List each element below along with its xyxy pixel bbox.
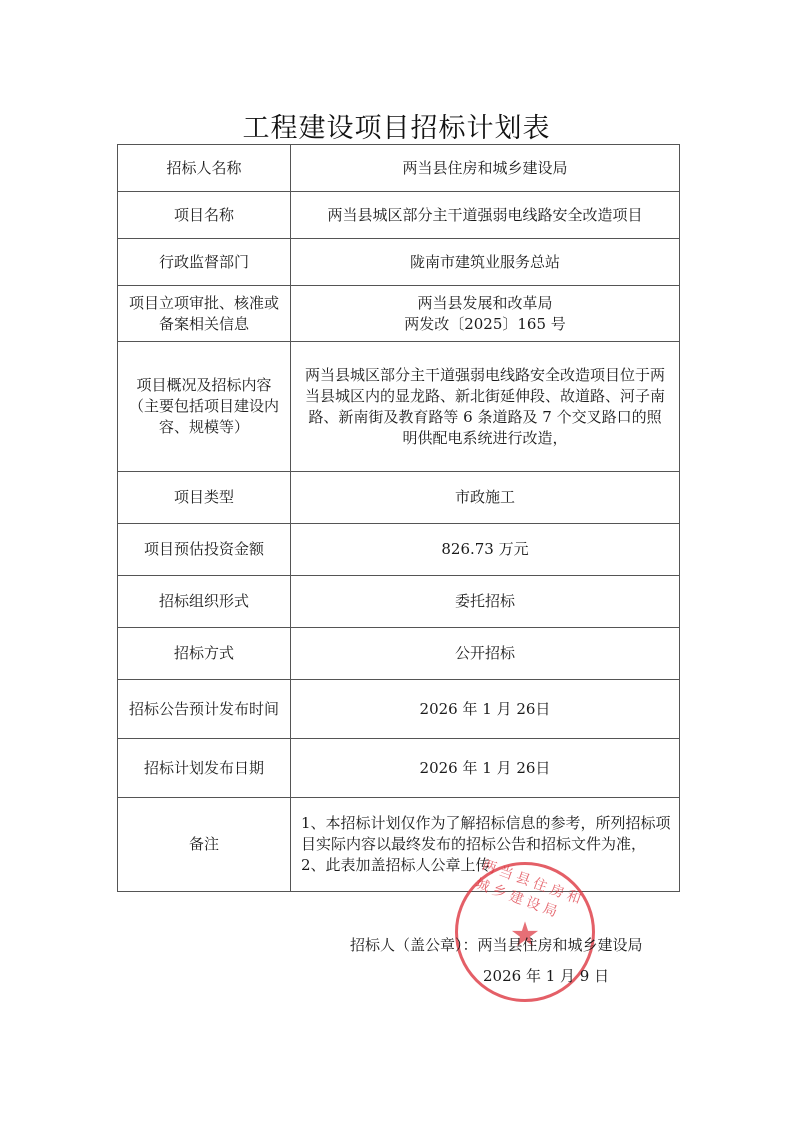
row-value: 陇南市建筑业服务总站 bbox=[291, 239, 680, 286]
row-label: 招标公告预计发布时间 bbox=[118, 680, 291, 739]
table-row: 招标组织形式 委托招标 bbox=[118, 576, 680, 628]
table-row: 项目立项审批、核准或备案相关信息 两当县发展和改革局 两发改〔2025〕165 … bbox=[118, 286, 680, 342]
row-label: 项目名称 bbox=[118, 192, 291, 239]
row-label: 项目立项审批、核准或备案相关信息 bbox=[118, 286, 291, 342]
table-row: 项目概况及招标内容（主要包括项目建设内容、规模等） 两当县城区部分主干道强弱电线… bbox=[118, 342, 680, 472]
row-value: 两当县城区部分主干道强弱电线路安全改造项目位于两当县城区内的显龙路、新北街延伸段… bbox=[291, 342, 680, 472]
remark-line: 1、本招标计划仅作为了解招标信息的参考，所列招标项目实际内容以最终发布的招标公告… bbox=[301, 813, 673, 855]
table-row: 项目类型 市政施工 bbox=[118, 472, 680, 524]
table-row: 项目名称 两当县城区部分主干道强弱电线路安全改造项目 bbox=[118, 192, 680, 239]
table-row: 招标公告预计发布时间 2026 年 1 月 26日 bbox=[118, 680, 680, 739]
row-label: 行政监督部门 bbox=[118, 239, 291, 286]
document-title: 工程建设项目招标计划表 bbox=[0, 106, 793, 145]
row-label: 招标组织形式 bbox=[118, 576, 291, 628]
value-line: 两当县发展和改革局 bbox=[297, 293, 673, 314]
row-label: 招标计划发布日期 bbox=[118, 739, 291, 798]
row-value: 两当县城区部分主干道强弱电线路安全改造项目 bbox=[291, 192, 680, 239]
table-row: 招标计划发布日期 2026 年 1 月 26日 bbox=[118, 739, 680, 798]
value-line: 两发改〔2025〕165 号 bbox=[297, 314, 673, 335]
row-value: 两当县发展和改革局 两发改〔2025〕165 号 bbox=[291, 286, 680, 342]
row-value: 公开招标 bbox=[291, 628, 680, 680]
row-value: 市政施工 bbox=[291, 472, 680, 524]
signature-line: 招标人（盖公章）：两当县住房和城乡建设局 bbox=[350, 934, 643, 955]
row-value: 2026 年 1 月 26日 bbox=[291, 680, 680, 739]
row-label: 备注 bbox=[118, 798, 291, 892]
row-value: 826.73 万元 bbox=[291, 524, 680, 576]
table-row: 项目预估投资金额 826.73 万元 bbox=[118, 524, 680, 576]
row-label: 招标人名称 bbox=[118, 145, 291, 192]
row-value: 两当县住房和城乡建设局 bbox=[291, 145, 680, 192]
table-row: 备注 1、本招标计划仅作为了解招标信息的参考，所列招标项目实际内容以最终发布的招… bbox=[118, 798, 680, 892]
table-row: 招标方式 公开招标 bbox=[118, 628, 680, 680]
bidding-plan-table: 招标人名称 两当县住房和城乡建设局 项目名称 两当县城区部分主干道强弱电线路安全… bbox=[117, 144, 680, 892]
row-label: 项目预估投资金额 bbox=[118, 524, 291, 576]
row-label: 招标方式 bbox=[118, 628, 291, 680]
row-value: 2026 年 1 月 26日 bbox=[291, 739, 680, 798]
signature-date: 2026 年 1 月 9 日 bbox=[483, 965, 609, 986]
table-row: 招标人名称 两当县住房和城乡建设局 bbox=[118, 145, 680, 192]
table-row: 行政监督部门 陇南市建筑业服务总站 bbox=[118, 239, 680, 286]
row-label: 项目类型 bbox=[118, 472, 291, 524]
row-label: 项目概况及招标内容（主要包括项目建设内容、规模等） bbox=[118, 342, 291, 472]
row-value: 委托招标 bbox=[291, 576, 680, 628]
